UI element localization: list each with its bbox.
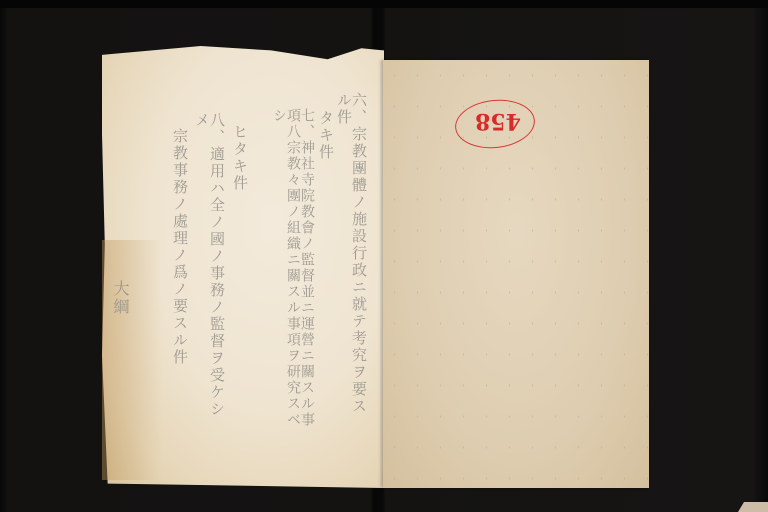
- text-column: 八、適用ハ全ノ國ノ事務ノ監督ヲ受ケシメ: [194, 112, 224, 422]
- text-column: 宗教事務ノ處理ノ爲ノ要スル件: [172, 128, 187, 418]
- text-column: 七、神社寺院教會ノ監督並ニ運營ニ關スル事項八宗教々團ノ組織ニ關スル事項ヲ研究スベ…: [272, 108, 314, 428]
- text-column: 六、宗教團體ノ施設行政ニ就テ考究ヲ要スル件: [336, 92, 366, 422]
- text-column: タキ件: [318, 110, 333, 170]
- text-column: ヒタキ件: [232, 124, 247, 204]
- text-column: 大綱: [112, 280, 128, 390]
- water-stain: [102, 240, 162, 480]
- frame-edge: [0, 0, 768, 8]
- red-stamp-number: 458: [470, 108, 526, 134]
